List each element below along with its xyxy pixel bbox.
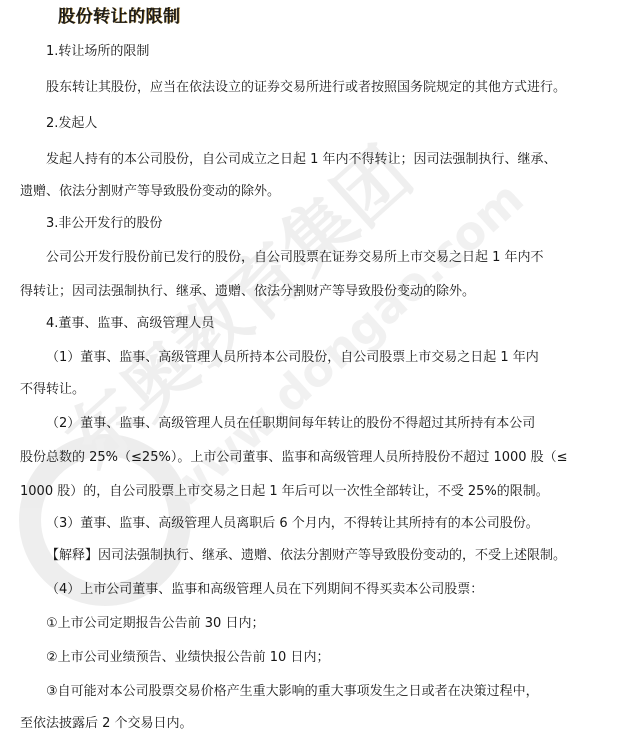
text-line: （2）董事、监事、高级管理人员在任职期间每年转让的股份不得超过其所持有本公司 [46,416,535,432]
text-line: 得转让；因司法强制执行、继承、遗赠、依法分割财产等导致股份变动的除外。 [20,284,475,300]
text-line: ③自可能对本公司股票交易价格产生重大影响的重大事项发生之日或者在决策过程中， [46,684,539,700]
page-title: 股份转让的限制 [58,2,181,27]
text-line: （4）上市公司董事、监事和高级管理人员在下列期间不得买卖本公司股票： [46,582,483,598]
text-line: 3.非公开发行的股份 [46,216,162,232]
document-page: 东奥教育集团 www.dongao.com 股份转让的限制 1.转让场所的限制股… [0,0,620,738]
text-line: （1）董事、监事、高级管理人员所持本公司股份，自公司股票上市交易之日起 1 年内 [46,350,539,366]
text-line: 【解释】因司法强制执行、继承、遗赠、依法分割财产等导致股份变动的，不受上述限制。 [46,548,566,564]
text-line: ①上市公司定期报告公告前 30 日内； [46,616,264,632]
text-line: 公司公开发行股份前已发行的股份，自公司股票在证券交易所上市交易之日起 1 年内不 [46,250,544,266]
text-line: 至依法披露后 2 个交易日内。 [20,716,193,732]
text-line: 发起人持有的本公司股份，自公司成立之日起 1 年内不得转让；因司法强制执行、继承… [46,152,557,168]
text-line: 2.发起人 [46,116,97,132]
text-line: 1.转让场所的限制 [46,44,149,60]
text-line: （3）董事、监事、高级管理人员离职后 6 个月内，不得转让其所持有的本公司股份。 [46,516,539,532]
text-line: 股东转让其股份，应当在依法设立的证券交易所进行或者按照国务院规定的其他方式进行。 [46,80,566,96]
text-line: 4.董事、监事、高级管理人员 [46,316,214,332]
text-line: 1000 股）的，自公司股票上市交易之日起 1 年后可以一次性全部转让，不受 2… [20,484,549,500]
text-line: 不得转让。 [20,382,85,398]
text-line: 股份总数的 25%（≤25%）。上市公司董事、监事和高级管理人员所持股份不超过 … [20,450,568,466]
text-line: ②上市公司业绩预告、业绩快报公告前 10 日内； [46,650,329,666]
watermark-url: www.dongao.com [156,171,533,518]
text-line: 遗赠、依法分割财产等导致股份变动的除外。 [20,184,280,200]
